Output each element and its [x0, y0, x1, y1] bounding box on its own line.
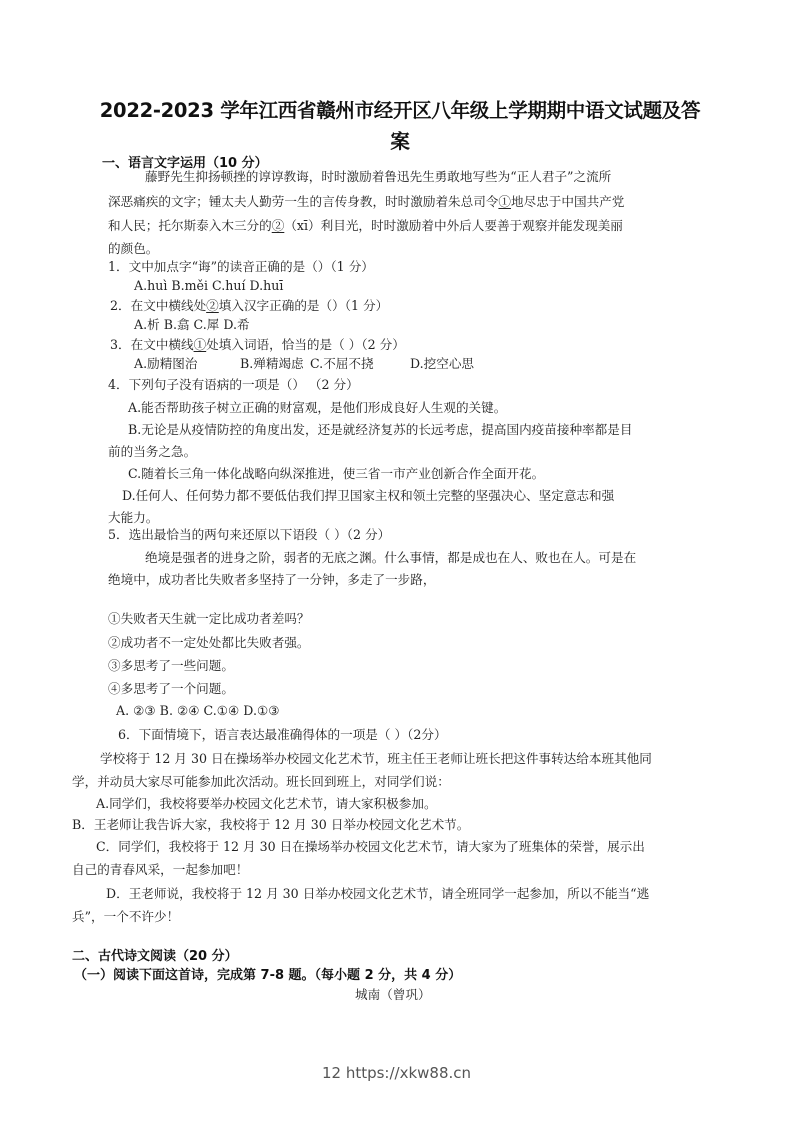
- q3-option-a: A.励精图治: [134, 355, 197, 373]
- q2-options: A.析 B.翕 C.犀 D.希: [134, 316, 250, 334]
- q5-options: A. ②③ B. ②④ C.①④ D.①③: [116, 702, 280, 720]
- q4-stem: 4．下列句子没有语病的一项是（） （2 分）: [108, 376, 359, 394]
- q5-sentence-3: ③多思考了一些问题。: [108, 657, 234, 675]
- q2-blank-marker: ②: [206, 298, 219, 313]
- document-title-line2: 案: [60, 126, 740, 154]
- blank-marker-1: ①: [498, 194, 511, 209]
- q4-option-b-line1: B.无论是从疫情防控的角度出发，还是就经济复苏的长远考虑，提高国内疫苗接种率都是…: [128, 421, 632, 439]
- q6-option-c-line1: C．同学们，我校将于 12 月 30 日在操场举办校园文化艺术节，请大家为了班集…: [96, 838, 645, 856]
- q4-option-d-line2: 大能力。: [108, 509, 158, 527]
- passage-line2-text-b: 地尽忠于中国共产党: [511, 194, 624, 209]
- passage-line1: 藤野先生抑扬顿挫的谆谆教诲，时时激励着鲁迅先生勇敢地写些为“正人君子”之流所: [145, 168, 611, 186]
- q1-options: A.huì B.měi C.huí D.huī: [134, 277, 283, 295]
- passage-line3: 和人民；托尔斯泰入木三分的②（xī）利目光，时时激励着中外后人要善于观察并能发现…: [108, 217, 623, 235]
- q4-option-b-line2: 前的当务之急。: [108, 443, 196, 461]
- q5-passage-line1: 绝境是强者的进身之阶，弱者的无底之渊。什么事情，都是成也在人、败也在人。可是在: [145, 549, 636, 567]
- q4-option-c: C.随着长三角一体化战略向纵深推进，使三省一市产业创新合作全面开花。: [128, 465, 544, 483]
- passage-line3-text-a: 和人民；托尔斯泰入木三分的: [108, 218, 272, 233]
- q3-option-b: B.殚精竭虑: [240, 355, 304, 373]
- q2-stem-text-b: 填入汉字正确的是（）（1 分）: [219, 298, 388, 313]
- q5-sentence-4: ④多思考了一个问题。: [108, 680, 234, 698]
- section2-sub-heading: （一）阅读下面这首诗，完成第 7-8 题。（每小题 2 分，共 4 分）: [74, 964, 461, 983]
- section2-heading: 二、古代诗文阅读（20 分）: [72, 945, 238, 964]
- q2-stem: 2．在文中横线处②填入汉字正确的是（）（1 分）: [110, 297, 388, 315]
- q6-context-line1: 学校将于 12 月 30 日在操场举办校园文化艺术节，班主任王老师让班长把这件事…: [100, 750, 652, 768]
- q2-stem-text-a: 2．在文中横线处: [110, 298, 206, 313]
- q3-stem-text-b: 处填入词语，恰当的是（ ）（2 分）: [206, 337, 405, 352]
- q6-option-a: A.同学们，我校将要举办校园文化艺术节，请大家积极参加。: [96, 795, 437, 813]
- q6-option-d-line2: 兵”，一个不许少！: [72, 908, 179, 926]
- q1-stem: 1．文中加点字“诲”的读音正确的是（）（1 分）: [108, 258, 374, 276]
- q3-stem: 3．在文中横线①处填入词语，恰当的是（ ）（2 分）: [110, 336, 405, 354]
- q5-passage-line2: 绝境中，成功者比失败者多坚持了一分钟，多走了一步路，: [108, 571, 435, 589]
- document-page: 2022-2023 学年江西省赣州市经开区八年级上学期期中语文试题及答 案 一、…: [0, 0, 793, 1122]
- q6-stem: 6．下面情境下，语言表达最准确得体的一项是（ ）（2分）: [118, 726, 447, 744]
- poem-title: 城南（曾巩）: [355, 986, 431, 1004]
- q6-context-line2: 学，并动员大家尽可能参加此次活动。班长回到班上，对同学们说：: [72, 773, 450, 791]
- q3-stem-text-a: 3．在文中横线: [110, 337, 194, 352]
- passage-line2: 深恶痛疾的文字；锺太夫人勤劳一生的言传身教，时时激励着朱总司令①地尽忠于中国共产…: [108, 193, 624, 211]
- q4-option-d-line1: D.任何人、任何势力都不要低估我们捍卫国家主权和领土完整的坚强决心、坚定意志和强: [122, 487, 614, 505]
- q3-option-c: C.不屈不挠: [310, 355, 374, 373]
- q3-option-d: D.挖空心思: [410, 355, 474, 373]
- q5-sentence-2: ②成功者不一定处处都比失败者强。: [108, 634, 310, 652]
- passage-line3-text-b: （xī）利目光，时时激励着中外后人要善于观察并能发现美丽: [284, 218, 623, 233]
- document-title-line1: 2022-2023 学年江西省赣州市经开区八年级上学期期中语文试题及答: [60, 95, 740, 123]
- q5-stem: 5．选出最恰当的两句来还原以下语段（ ）（2 分）: [108, 526, 390, 544]
- q6-option-d-line1: D．王老师说，我校将于 12 月 30 日举办校园文化艺术节，请全班同学一起参加…: [106, 885, 649, 903]
- q5-sentence-1: ①失败者天生就一定比成功者差吗？: [108, 610, 310, 628]
- q4-option-a: A.能否帮助孩子树立正确的财富观，是他们形成良好人生观的关键。: [128, 399, 506, 417]
- q3-blank-marker: ①: [194, 337, 207, 352]
- passage-line2-text-a: 深恶痛疾的文字；锺太夫人勤劳一生的言传身教，时时激励着朱总司令: [108, 194, 498, 209]
- passage-line4: 的颜色。: [108, 240, 158, 258]
- blank-marker-2: ②: [272, 218, 285, 233]
- q6-option-c-line2: 自己的青春风采，一起参加吧！: [72, 861, 248, 879]
- q6-option-b: B．王老师让我告诉大家，我校将于 12 月 30 日举办校园文化艺术节。: [72, 816, 469, 834]
- page-footer: 12 https://xkw88.cn: [0, 1064, 793, 1082]
